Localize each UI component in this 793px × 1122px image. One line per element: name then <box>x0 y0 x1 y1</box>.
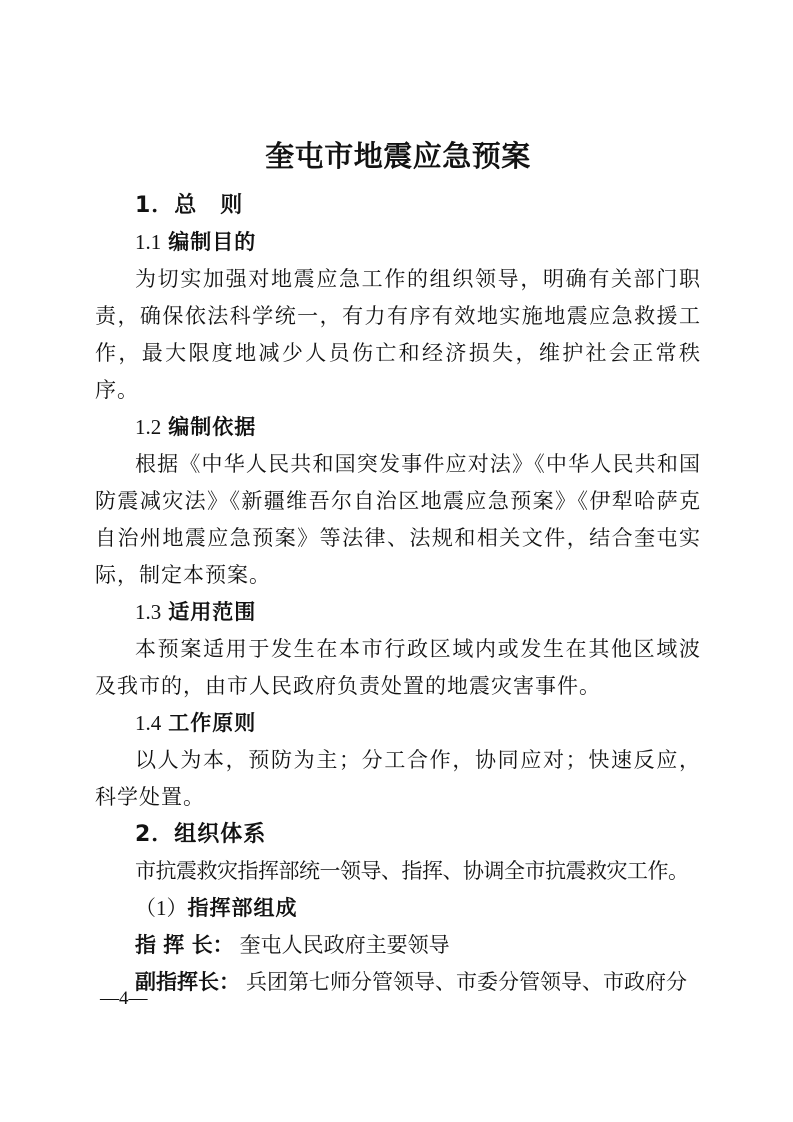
role-value: 奎屯人民政府主要领导 <box>240 933 450 957</box>
document-title: 奎屯市地震应急预案 <box>95 134 701 178</box>
subsection-heading-1-4: 1.4工作原则 <box>95 705 701 742</box>
role-value: 兵团第七师分管领导、市委分管领导、市政府分 <box>246 970 687 994</box>
subsection-heading-1-1: 1.1编制目的 <box>95 224 701 261</box>
paragraph-application-scope: 本预案适用于发生在本市行政区域内或发生在其他区域波及我市的，由市人民政府负责处置… <box>95 631 701 705</box>
subsection-title: 编制依据 <box>168 415 256 439</box>
paragraph-compilation-basis: 根据《中华人民共和国突发事件应对法》《中华人民共和国防震减灾法》《新疆维吾尔自治… <box>95 446 701 594</box>
subsection-number: 1.1 <box>135 230 161 254</box>
role-line-deputy-commander: 副指挥长：兵团第七师分管领导、市委分管领导、市政府分 <box>95 964 701 1001</box>
document-page: 奎屯市地震应急预案 1．总 则 1.1编制目的 为切实加强对地震应急工作的组织领… <box>0 0 793 1122</box>
paragraph-work-principles: 以人为本，预防为主；分工合作，协同应对；快速反应，科学处置。 <box>95 742 701 816</box>
subsection-number: 1.2 <box>135 415 161 439</box>
subsection-heading-1-3: 1.3适用范围 <box>95 594 701 631</box>
subsection-title: 适用范围 <box>168 600 256 624</box>
paragraph-headquarters-leadership: 市抗震救灾指挥部统一领导、指挥、协调全市抗震救灾工作。 <box>95 853 701 890</box>
subsection-number: 1.3 <box>135 600 161 624</box>
paragraph-compilation-purpose: 为切实加强对地震应急工作的组织领导，明确有关部门职责，确保依法科学统一，有力有序… <box>95 261 701 409</box>
role-line-commander: 指 挥 长：奎屯人民政府主要领导 <box>95 927 701 964</box>
subsection-heading-hq-composition: （1）指挥部组成 <box>95 890 701 927</box>
document-content: 奎屯市地震应急预案 1．总 则 1.1编制目的 为切实加强对地震应急工作的组织领… <box>95 134 701 1001</box>
subsection-title: 工作原则 <box>168 711 256 735</box>
role-label: 指 挥 长： <box>135 933 234 957</box>
subsection-title: 指挥部组成 <box>188 896 298 920</box>
page-number: —4— <box>100 988 148 1010</box>
list-marker: （1） <box>135 896 188 920</box>
subsection-title: 编制目的 <box>168 230 256 254</box>
subsection-number: 1.4 <box>135 711 161 735</box>
section-heading-general-rules: 1．总 则 <box>95 187 701 224</box>
role-label: 副指挥长： <box>135 970 240 994</box>
subsection-heading-1-2: 1.2编制依据 <box>95 409 701 446</box>
section-heading-organization-system: 2．组织体系 <box>95 816 701 853</box>
